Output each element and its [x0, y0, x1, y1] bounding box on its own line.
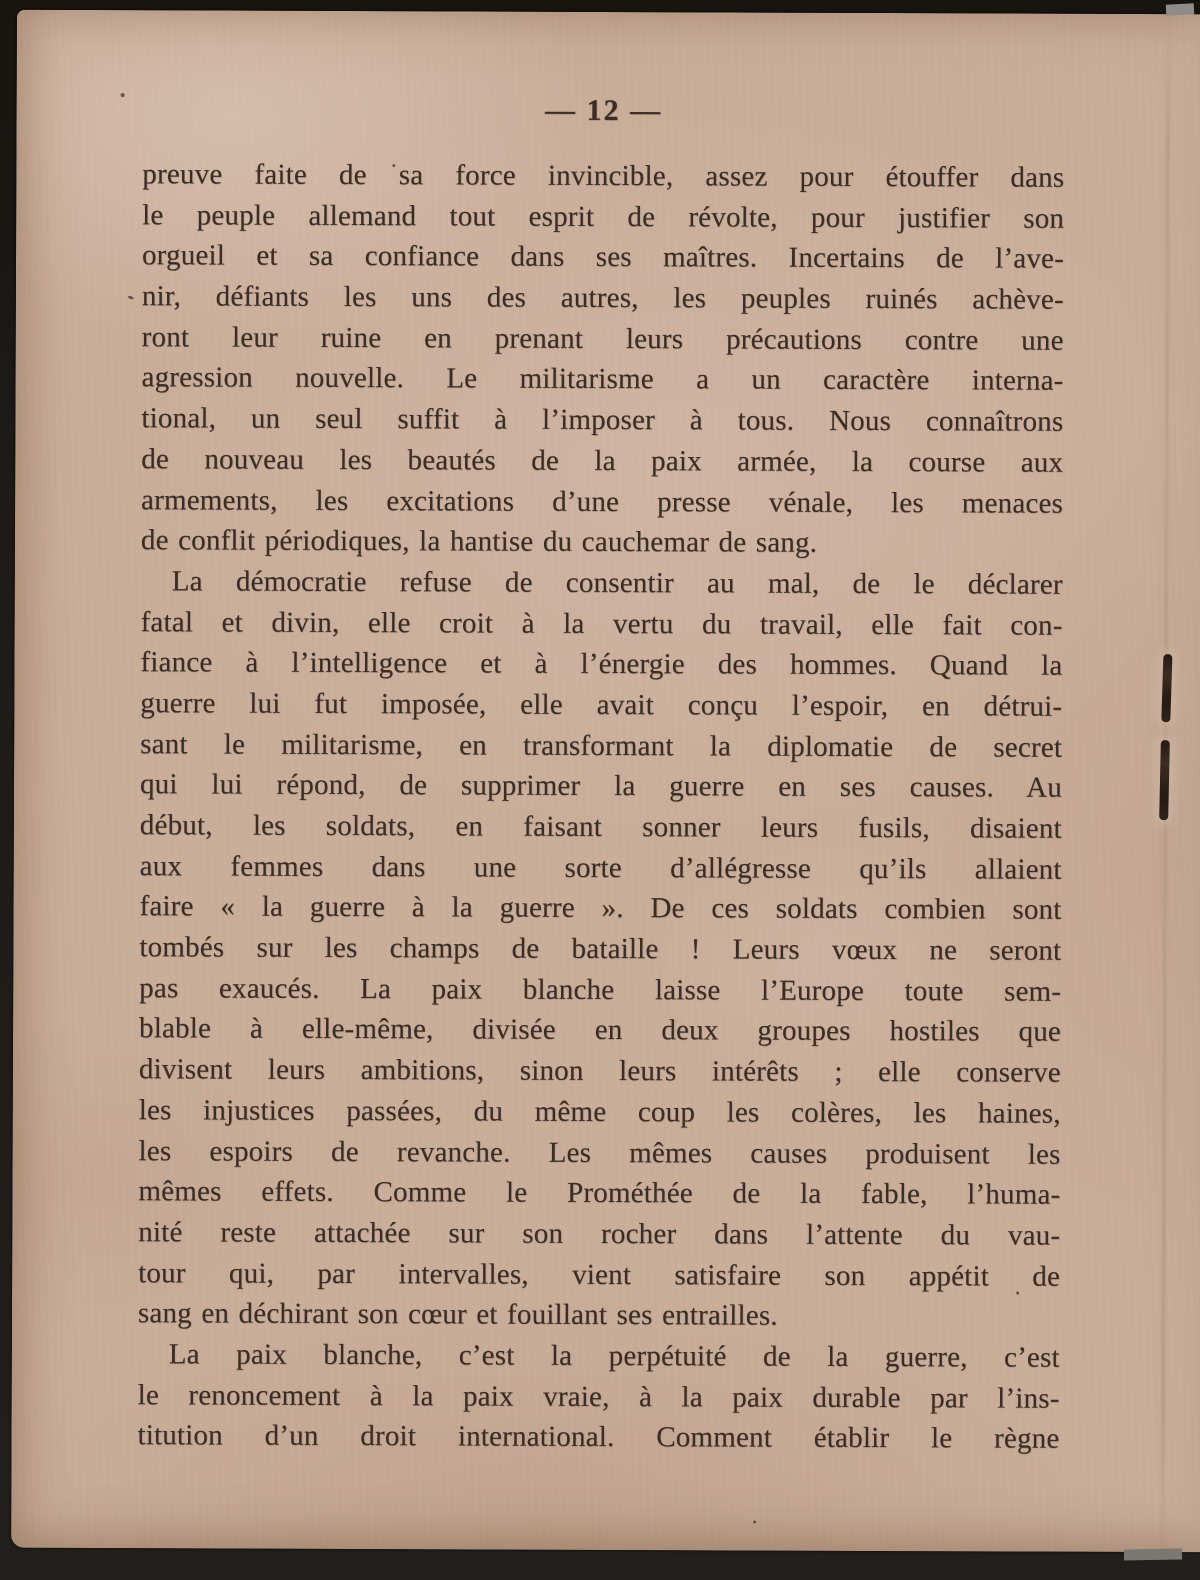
text-line: fiance à l’intelligence et à l’énergie d…	[140, 642, 1062, 686]
text-line: aux femmes dans une sorte d’allégresse q…	[140, 846, 1062, 890]
text-line: armements, les excitations d’une presse …	[141, 480, 1063, 524]
paper-speck	[753, 1521, 756, 1524]
text-line: de conflit périodiques, la hantise du ca…	[141, 520, 1063, 564]
text-line: divisent leurs ambitions, sinon leurs in…	[139, 1049, 1061, 1093]
text-line: faire « la guerre à la guerre ». De ces …	[139, 887, 1061, 931]
paper-speck	[121, 93, 125, 97]
paper-speck	[392, 164, 395, 167]
text-line-paragraph-start: La paix blanche, c’est la perpétuité de …	[138, 1334, 1060, 1378]
text-line: agression nouvelle. Le militarisme a un …	[141, 358, 1063, 402]
binding-staple-bottom	[1159, 740, 1170, 820]
text-line: les injustices passées, du même coup les…	[139, 1090, 1061, 1134]
text-line: tour qui, par intervalles, vient satisfa…	[138, 1253, 1060, 1297]
text-line: sant le militarisme, en transformant la …	[140, 724, 1062, 768]
paper-speck	[128, 295, 135, 300]
text-line: blable à elle-même, divisée en deux grou…	[139, 1009, 1061, 1053]
text-line: fatal et divin, elle croit à la vertu du…	[141, 602, 1063, 646]
text-line: titution d’un droit international. Comme…	[137, 1415, 1059, 1459]
text-line: les espoirs de revanche. Les mêmes cause…	[138, 1131, 1060, 1175]
scan-border-chip-top	[1166, 3, 1195, 15]
page-number-header: — 12 —	[143, 92, 1065, 130]
text-line: qui lui répond, de supprimer la guerre e…	[140, 764, 1062, 808]
body-text-block: preuve faite de sa force invincible, ass…	[137, 154, 1064, 1460]
text-line: tional, un seul suffit à l’imposer à tou…	[141, 398, 1063, 442]
text-line: le renoncement à la paix vraie, à la pai…	[138, 1375, 1060, 1419]
text-line: nir, défiants les uns des autres, les pe…	[142, 276, 1064, 320]
text-line: de nouveau les beautés de la paix armée,…	[141, 439, 1063, 483]
text-line: le peuple allemand tout esprit de révolt…	[142, 195, 1064, 239]
scan-border-chip-bottom	[1124, 1548, 1182, 1560]
text-line: nité reste attachée sur son rocher dans …	[138, 1212, 1060, 1256]
text-line: sang en déchirant son cœur et fouillant …	[138, 1293, 1060, 1337]
text-line: ront leur ruine en prenant leurs précaut…	[142, 317, 1064, 361]
page-fold-highlight	[1165, 14, 1200, 1552]
page-paper: — 12 — preuve faite de sa force invincib…	[11, 10, 1200, 1553]
text-line: pas exaucés. La paix blanche laisse l’Eu…	[139, 968, 1061, 1012]
text-line: orgueil et sa confiance dans ses maîtres…	[142, 236, 1064, 280]
paper-speck	[1016, 1292, 1019, 1295]
scanned-book-page: — 12 — preuve faite de sa force invincib…	[0, 0, 1200, 1580]
text-line: guerre lui fut imposée, elle avait conçu…	[140, 683, 1062, 727]
text-line: mêmes effets. Comme le Prométhée de la f…	[138, 1171, 1060, 1215]
text-line: début, les soldats, en faisant sonner le…	[140, 805, 1062, 849]
text-line: tombés sur les champs de bataille ! Leur…	[139, 927, 1061, 971]
text-line: preuve faite de sa force invincible, ass…	[142, 154, 1064, 198]
text-line-paragraph-start: La démocratie refuse de consentir au mal…	[141, 561, 1063, 605]
